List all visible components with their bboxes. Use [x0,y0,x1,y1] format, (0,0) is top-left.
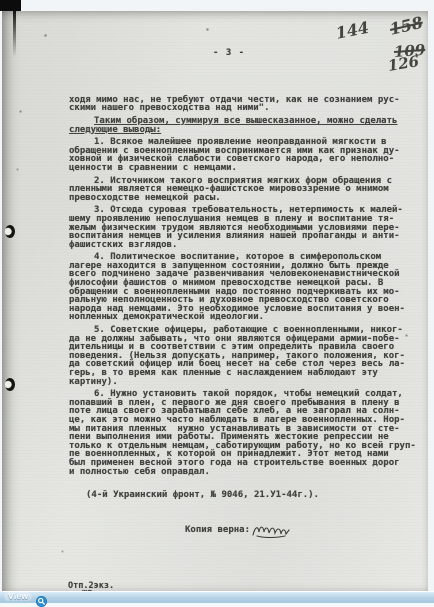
document-paragraph: 2. Источником такого восприятия мягких ф… [69,177,425,203]
document-line: фашистских взглядов. [69,241,425,250]
view-button[interactable]: View [4,592,32,601]
document-paragraph: 5. Советские офицеры, работающие с военн… [69,326,425,386]
document-line: герь, в то время как пленные с наслажден… [69,369,425,378]
document-line: превосходстве немецкой расы. [69,194,425,203]
scan-corner-artifact [0,0,21,11]
document-paragraph: 4. Политическое воспитание, которое в си… [69,253,425,322]
document-paragraph: 3. Отсюда суровая требовательность, нете… [69,206,425,249]
document-line: ценности в сравнении с немцами. [69,164,425,173]
document-paragraph: ходя мимо нас, не требуют отдачи чести, … [69,96,425,113]
source-reference-line: (4-й Украинский фронт, № 9046, 21.У1-44г… [86,491,425,500]
copy-certification: Копия верна: [185,523,425,535]
certification-label: Копия верна: [185,526,250,535]
document-line: следующие выводы: [69,126,425,135]
viewer-window: 144158109126 - 3 - ходя мимо нас, не тре… [0,0,434,607]
punch-hole [5,225,15,238]
document-paragraph: 1. Всякое малейшее проявление неоправдан… [69,138,425,172]
scanned-page: 144158109126 - 3 - ходя мимо нас, не тре… [2,11,428,592]
magnifier-icon[interactable] [36,592,47,603]
handwritten-number: 109 [393,41,425,61]
handwritten-signature [252,523,290,538]
scan-edge-artifact [13,11,16,57]
document-paragraph: 6. Нужно установить такой порядок, чтобы… [69,390,425,476]
punch-hole [5,378,15,391]
toolbar-lower-strip [0,603,434,607]
document-line: и полностью себя оправдал. [69,468,425,477]
viewer-toolbar [0,591,434,603]
document-line: скими нашего превосходства над ними". [69,104,425,113]
handwritten-number: 158 [388,13,425,39]
document-line: нопленных демократической идеологии. [69,313,425,322]
document-paragraph: Таким образом, суммируя все вышесказанно… [69,117,425,134]
handwritten-number: 144 [334,18,370,43]
page-number: - 3 - [213,48,245,58]
document-line: картину). [69,378,425,387]
document-body: ходя мимо нас, не требуют отдачи чести, … [69,70,425,535]
scan-specks [2,11,3,12]
